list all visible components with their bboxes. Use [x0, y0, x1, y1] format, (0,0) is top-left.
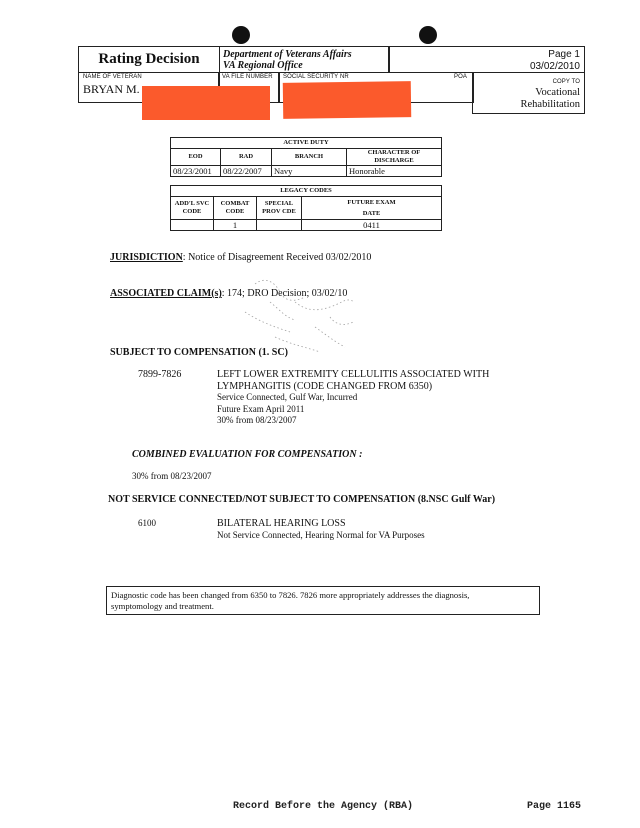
rad-value: 08/22/2007 — [221, 166, 272, 177]
copy-to-label: COPY TO — [553, 79, 580, 85]
header-page-cell: Page 1 03/02/2010 — [388, 46, 585, 73]
file-number-label: VA FILE NUMBER — [222, 74, 273, 80]
copy-to-recipient-line2: Rehabilitation — [521, 99, 581, 110]
name-label: NAME OF VETERAN — [83, 74, 142, 80]
sc-condition-line2: LYMPHANGITIS (CODE CHANGED FROM 6350) — [217, 381, 489, 393]
col-addl-svc-code: ADD'L SVCCODE — [171, 197, 214, 220]
active-duty-title: ACTIVE DUTY — [171, 138, 442, 149]
sc-heading: SUBJECT TO COMPENSATION (1. SC) — [110, 347, 288, 358]
combat-code-value: 1 — [214, 220, 257, 231]
active-duty-table: ACTIVE DUTY EOD RAD BRANCH CHARACTER OF … — [170, 137, 442, 177]
future-exam-value: 0411 — [302, 220, 442, 231]
legacy-codes-title: LEGACY CODES — [171, 186, 442, 197]
combined-evaluation-value: 30% from 08/23/2007 — [132, 471, 212, 481]
copy-to-cell: COPY TO Vocational Rehabilitation — [472, 72, 585, 114]
punch-hole-left — [232, 26, 250, 44]
sc-status: Service Connected, Gulf War, Incurred — [217, 392, 489, 404]
copy-to-recipient-line1: Vocational — [535, 87, 580, 98]
footer-page-number: Page 1165 — [527, 801, 581, 812]
nsc-heading: NOT SERVICE CONNECTED/NOT SUBJECT TO COM… — [108, 494, 495, 505]
punch-hole-right — [419, 26, 437, 44]
sc-rating: 30% from 08/23/2007 — [217, 415, 489, 427]
col-branch: BRANCH — [272, 149, 347, 166]
veteran-name: BRYAN M. — [83, 82, 140, 97]
col-special-prov: SPECIALPROV CDE — [257, 197, 302, 220]
addl-svc-value — [171, 220, 214, 231]
col-combat-code: COMBATCODE — [214, 197, 257, 220]
special-prov-value — [257, 220, 302, 231]
combined-evaluation-heading: COMBINED EVALUATION FOR COMPENSATION : — [132, 449, 362, 460]
sc-details: LEFT LOWER EXTREMITY CELLULITIS ASSOCIAT… — [217, 369, 489, 427]
legacy-codes-table: LEGACY CODES ADD'L SVCCODE COMBATCODE SP… — [170, 185, 442, 231]
discharge-value: Honorable — [347, 166, 442, 177]
nsc-status: Not Service Connected, Hearing Normal fo… — [217, 530, 425, 542]
redaction-ssn — [283, 81, 411, 119]
ssn-label: SOCIAL SECURITY NR — [283, 74, 349, 80]
header-department-cell: Department of Veterans Affairs VA Region… — [218, 46, 390, 73]
page-title: Rating Decision — [79, 51, 219, 68]
sc-condition-line1: LEFT LOWER EXTREMITY CELLULITIS ASSOCIAT… — [217, 369, 489, 381]
sc-future-exam: Future Exam April 2011 — [217, 404, 489, 416]
jurisdiction-label: JURISDICTION — [110, 252, 183, 263]
redaction-name-file — [142, 86, 270, 120]
department-name: Department of Veterans Affairs — [223, 49, 352, 60]
jurisdiction-line: JURISDICTION: Notice of Disagreement Rec… — [110, 252, 371, 263]
note-box: Diagnostic code has been changed from 63… — [106, 586, 540, 615]
col-eod: EOD — [171, 149, 221, 166]
nsc-diagnostic-code: 6100 — [138, 518, 156, 528]
header-title-cell: Rating Decision — [78, 46, 220, 73]
note-line1: Diagnostic code has been changed from 63… — [111, 590, 535, 601]
decision-date: 03/02/2010 — [530, 61, 580, 72]
nsc-condition: BILATERAL HEARING LOSS — [217, 518, 425, 530]
page-number: Page 1 — [548, 49, 580, 60]
nsc-details: BILATERAL HEARING LOSS Not Service Conne… — [217, 518, 425, 541]
branch-value: Navy — [272, 166, 347, 177]
eod-value: 08/23/2001 — [171, 166, 221, 177]
poa-label: POA — [454, 74, 467, 80]
associated-claims-label: ASSOCIATED CLAIM(s) — [110, 288, 222, 299]
footer-record-label: Record Before the Agency (RBA) — [233, 801, 413, 812]
col-discharge: CHARACTER OF DISCHARGE — [347, 149, 442, 166]
col-rad: RAD — [221, 149, 272, 166]
col-future-exam: FUTURE EXAMDATE — [302, 197, 442, 220]
jurisdiction-text: : Notice of Disagreement Received 03/02/… — [183, 252, 372, 263]
note-line2: symptomology and treatment. — [111, 601, 535, 612]
sc-diagnostic-code: 7899-7826 — [138, 369, 181, 380]
regional-office: VA Regional Office — [223, 60, 303, 71]
table-row: 1 0411 — [171, 220, 442, 231]
table-row: 08/23/2001 08/22/2007 Navy Honorable — [171, 166, 442, 177]
